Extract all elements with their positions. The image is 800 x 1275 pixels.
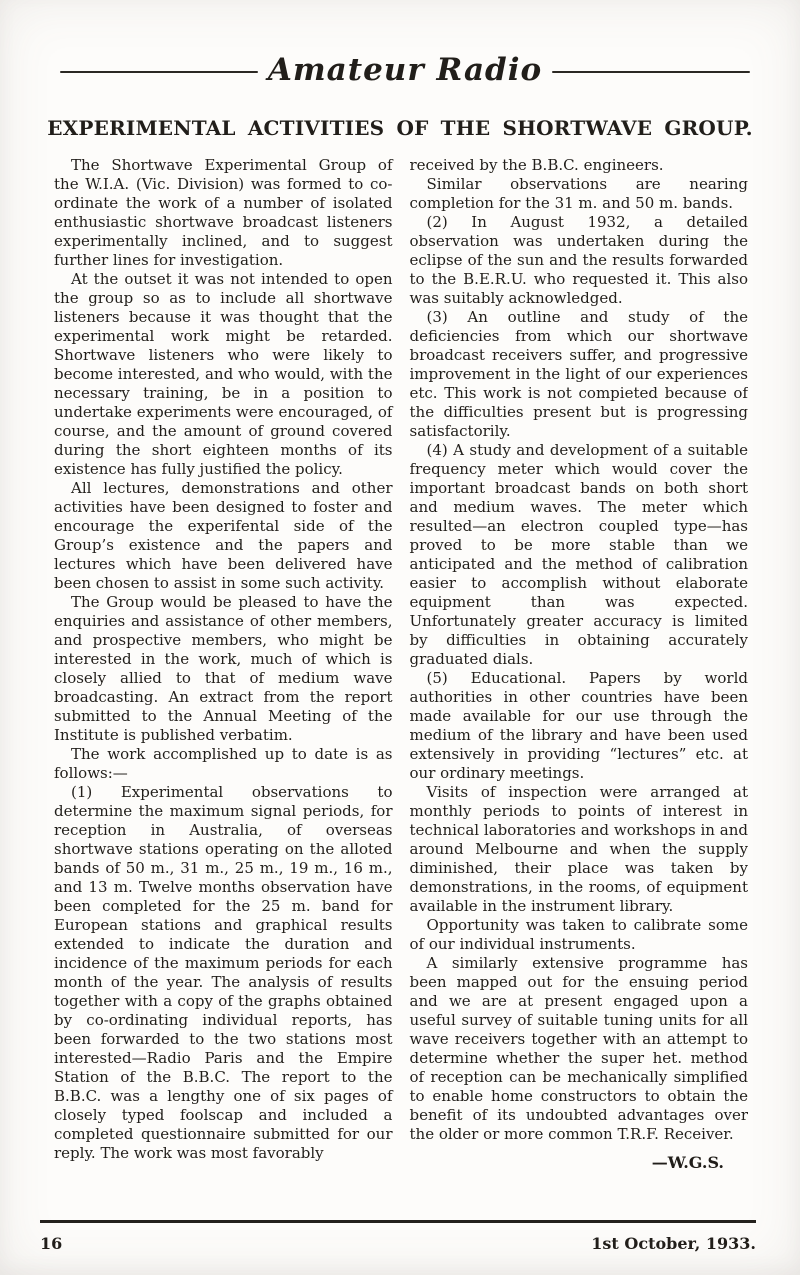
- article-paragraph: (2) In August 1932, a detailed observati…: [410, 213, 749, 308]
- article-paragraph: The Group would be pleased to have the e…: [54, 593, 393, 745]
- article-paragraph: (1) Experimental observations to determi…: [54, 783, 393, 1163]
- article-paragraph: The Shortwave Experimental Group of the …: [54, 156, 393, 270]
- left-column-paragraphs: The Shortwave Experimental Group of the …: [54, 156, 393, 1163]
- masthead: Amateur Radio: [60, 52, 750, 92]
- article-paragraph: (4) A study and development of a suitabl…: [410, 441, 749, 669]
- article-title: EXPERIMENTAL ACTIVITIES OF THE SHORTWAVE…: [0, 116, 800, 140]
- right-column-paragraphs: received by the B.B.C. engineers.Similar…: [410, 156, 749, 1144]
- page-number: 16: [40, 1234, 62, 1253]
- issue-date: 1st October, 1933.: [591, 1234, 756, 1253]
- masthead-rule-left: [60, 71, 258, 73]
- article-paragraph: Visits of inspection were arranged at mo…: [410, 783, 749, 916]
- article-paragraph: Similar observations are nearing complet…: [410, 175, 749, 213]
- article-paragraph: At the outset it was not intended to ope…: [54, 270, 393, 479]
- masthead-rule-right: [552, 71, 750, 73]
- article-paragraph: (5) Educational. Papers by world authori…: [410, 669, 749, 783]
- article-signature: —W.G.S.: [410, 1153, 749, 1172]
- article-paragraph: The work accomplished up to date is as f…: [54, 745, 393, 783]
- article-paragraph: received by the B.B.C. engineers.: [410, 156, 749, 175]
- right-column: received by the B.B.C. engineers.Similar…: [410, 156, 749, 1222]
- scanned-magazine-page: { "colors": { "ink": "#211e1a", "paper":…: [0, 0, 800, 1275]
- left-column: The Shortwave Experimental Group of the …: [54, 156, 393, 1222]
- page-footer: 16 1st October, 1933.: [40, 1220, 756, 1253]
- article-body: The Shortwave Experimental Group of the …: [54, 156, 748, 1222]
- article-paragraph: All lectures, demonstrations and other a…: [54, 479, 393, 593]
- article-paragraph: Opportunity was taken to calibrate some …: [410, 916, 749, 954]
- article-paragraph: (3) An outline and study of the deficien…: [410, 308, 749, 441]
- journal-title-script: Amateur Radio: [258, 52, 552, 88]
- article-paragraph: A similarly extensive programme has been…: [410, 954, 749, 1144]
